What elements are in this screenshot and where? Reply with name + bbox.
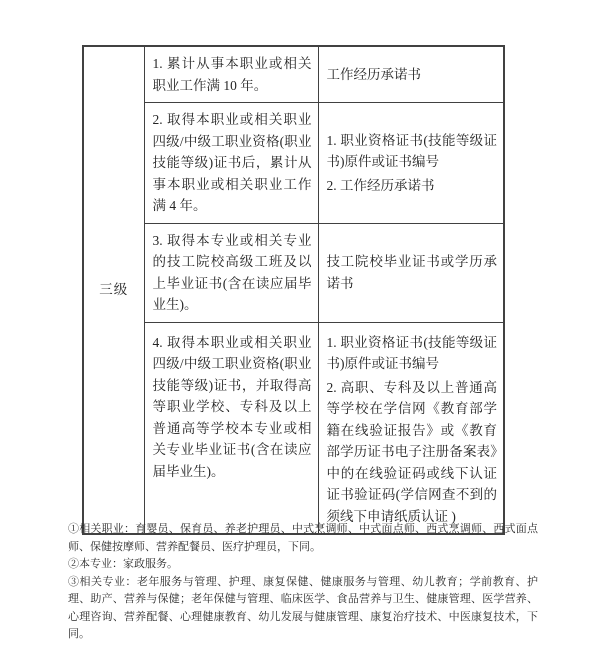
- condition-text: 2. 取得本职业或相关职业四级/中级工职业资格(职业技能等级)证书后，累计从事本…: [153, 109, 312, 217]
- document-item: 2. 高职、专科及以上普通高等学校在学信网《教育部学籍在线验证报告》或《教育部学…: [327, 377, 498, 528]
- condition-cell: 1. 累计从事本职业或相关职业工作满 10 年。: [144, 46, 318, 103]
- documents-cell: 1. 职业资格证书(技能等级证书)原件或证书编号 2. 高职、专科及以上普通高等…: [318, 322, 504, 534]
- condition-cell: 4. 取得本职业或相关职业四级/中级工职业资格(职业技能等级)证书，并取得高等职…: [144, 322, 318, 534]
- footnote-related-majors: ③相关专业：老年服务与管理、护理、康复保健、健康服务与管理、幼儿教育；学前教育、…: [68, 574, 538, 644]
- document-page: 三级 1. 累计从事本职业或相关职业工作满 10 年。 工作经历承诺书 2. 取…: [0, 0, 595, 663]
- condition-cell: 3. 取得本专业或相关专业的技工院校高级工班及以上毕业证书(含在读应届毕业生)。: [144, 223, 318, 322]
- level-cell: 三级: [83, 46, 144, 534]
- condition-text: 3. 取得本专业或相关专业的技工院校高级工班及以上毕业证书(含在读应届毕业生)。: [153, 230, 312, 316]
- documents-cell: 工作经历承诺书: [318, 46, 504, 103]
- footnotes-section: ①相关职业：育婴员、保育员、养老护理员、中式烹调师、中式面点师、西式烹调师、西式…: [68, 521, 538, 644]
- document-item: 技工院校毕业证书或学历承诺书: [327, 251, 498, 294]
- level-label: 三级: [99, 282, 128, 297]
- qualification-requirements-table: 三级 1. 累计从事本职业或相关职业工作满 10 年。 工作经历承诺书 2. 取…: [82, 45, 505, 535]
- condition-cell: 2. 取得本职业或相关职业四级/中级工职业资格(职业技能等级)证书后，累计从事本…: [144, 103, 318, 224]
- document-item: 1. 职业资格证书(技能等级证书)原件或证书编号: [327, 130, 498, 173]
- table-row: 2. 取得本职业或相关职业四级/中级工职业资格(职业技能等级)证书后，累计从事本…: [83, 103, 504, 224]
- documents-cell: 1. 职业资格证书(技能等级证书)原件或证书编号 2. 工作经历承诺书: [318, 103, 504, 224]
- footnote-this-major: ②本专业：家政服务。: [68, 556, 538, 574]
- document-item: 1. 职业资格证书(技能等级证书)原件或证书编号: [327, 332, 498, 375]
- documents-cell: 技工院校毕业证书或学历承诺书: [318, 223, 504, 322]
- footnote-related-occupations: ①相关职业：育婴员、保育员、养老护理员、中式烹调师、中式面点师、西式烹调师、西式…: [68, 521, 538, 556]
- table-row: 4. 取得本职业或相关职业四级/中级工职业资格(职业技能等级)证书，并取得高等职…: [83, 322, 504, 534]
- document-item: 2. 工作经历承诺书: [327, 175, 498, 197]
- condition-text: 1. 累计从事本职业或相关职业工作满 10 年。: [153, 53, 312, 96]
- table-row: 三级 1. 累计从事本职业或相关职业工作满 10 年。 工作经历承诺书: [83, 46, 504, 103]
- condition-text: 4. 取得本职业或相关职业四级/中级工职业资格(职业技能等级)证书，并取得高等职…: [153, 332, 312, 483]
- table-row: 3. 取得本专业或相关专业的技工院校高级工班及以上毕业证书(含在读应届毕业生)。…: [83, 223, 504, 322]
- document-item: 工作经历承诺书: [327, 64, 498, 86]
